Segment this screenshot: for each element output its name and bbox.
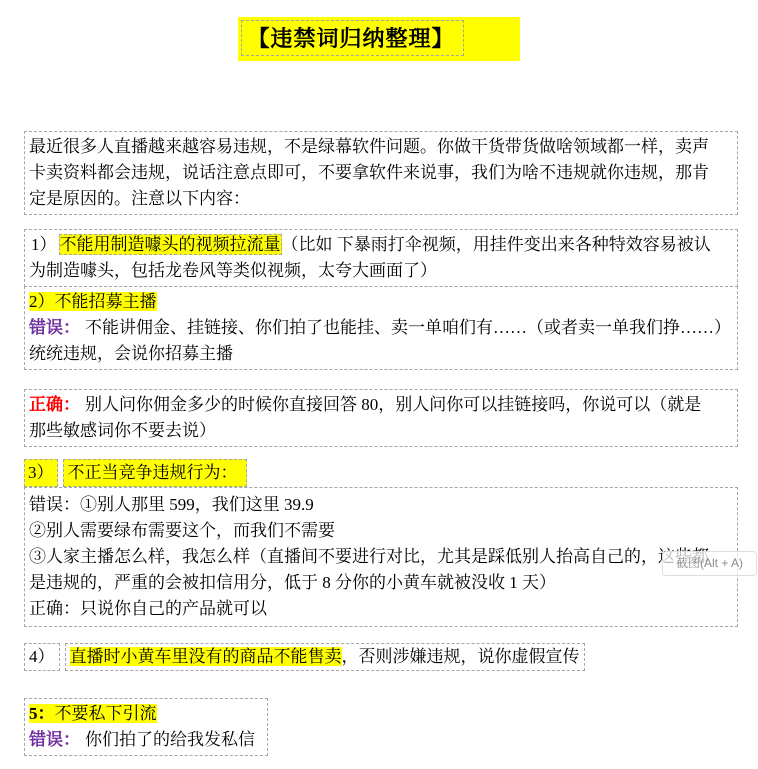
page-title: 【违禁词归纳整理】 — [241, 20, 463, 56]
title-row: 【违禁词归纳整理】 — [0, 17, 758, 61]
intro-line: 最近很多人直播越来越容易违规，不是绿幕软件问题。你做干货带货做啥领域都一样，卖声 — [29, 134, 733, 160]
correct-label: 正确： — [29, 395, 80, 414]
section-5-error-text: 你们拍了的给我发私信 — [85, 730, 255, 749]
section-2-box: 2）不能招募主播 错误：不能讲佣金、挂链接、你们拍了也能挂、卖一单咱们有……（或… — [24, 286, 738, 370]
section-2-error-text: 不能讲佣金、挂链接、你们拍了也能挂、卖一单咱们有……（或者卖一单我们挣……） — [85, 318, 731, 337]
intro-paragraph: 最近很多人直播越来越容易违规，不是绿幕软件问题。你做干货带货做啥领域都一样，卖声… — [24, 131, 738, 215]
section-3-heading-row: 3）不正当竞争违规行为： — [24, 459, 247, 487]
correct-line-1: 正确：别人问你佣金多少的时候你直接回答 80，别人问你可以挂链接吗，你说可以（就… — [29, 392, 733, 418]
section-1-highlight: 不能用制造噱头的视频拉流量 — [59, 234, 282, 255]
correct-box: 正确：别人问你佣金多少的时候你直接回答 80，别人问你可以挂链接吗，你说可以（就… — [24, 389, 738, 447]
section-3-line: ③人家主播怎么样，我怎么样（直播间不要进行对比，尤其是踩低别人抬高自己的，这些都 — [29, 544, 733, 570]
section-3-line: 是违规的，严重的会被扣信用分，低于 8 分你的小黄车就被没收 1 天） — [29, 570, 733, 596]
section-2-error-line-1: 错误：不能讲佣金、挂链接、你们拍了也能挂、卖一单咱们有……（或者卖一单我们挣……… — [29, 315, 733, 341]
section-3-line: 错误：①别人那里 599，我们这里 39.9 — [29, 492, 733, 518]
section-3-line: 正确：只说你自己的产品就可以 — [29, 596, 733, 622]
section-4-text: ，否则涉嫌违规，说你虚假宣传 — [342, 647, 580, 666]
section-5-heading: 5：不要私下引流 — [29, 704, 157, 723]
section-5-heading-line: 5：不要私下引流 — [29, 701, 255, 727]
screenshot-tooltip: 截图(Alt + A) — [662, 551, 757, 576]
intro-line: 卡卖资料都会违规，说话注意点即可，不要拿软件来说事，我们为啥不违规就你违规，那肯 — [29, 160, 733, 186]
section-1-line-2: 为制造噱头，包括龙卷风等类似视频，太夸大画面了） — [29, 258, 733, 284]
section-1-line-1: 1）不能用制造噱头的视频拉流量（比如 下暴雨打伞视频，用挂件变出来各种特效容易被… — [29, 232, 733, 258]
section-4-content: 直播时小黄车里没有的商品不能售卖，否则涉嫌违规，说你虚假宣传 — [65, 643, 585, 671]
section-1-text: （比如 下暴雨打伞视频，用挂件变出来各种特效容易被认 — [282, 235, 711, 254]
section-3-box: 错误：①别人那里 599，我们这里 39.9 ②别人需要绿布需要这个，而我们不需… — [24, 487, 738, 627]
correct-line-2: 那些敏感词你不要去说） — [29, 418, 733, 444]
intro-line: 定是原因的。注意以下内容： — [29, 186, 733, 212]
section-5-heading-text: 不要私下引流 — [55, 704, 157, 723]
section-2-heading: 2）不能招募主播 — [29, 292, 157, 311]
title-highlight: 【违禁词归纳整理】 — [238, 17, 519, 61]
error-label: 错误： — [29, 318, 80, 337]
section-2-error-line-2: 统统违规，会说你招募主播 — [29, 341, 733, 367]
section-3-heading: 不正当竞争违规行为： — [63, 459, 247, 487]
section-2-heading-line: 2）不能招募主播 — [29, 289, 733, 315]
section-1-number: 1） — [29, 232, 59, 258]
section-5-box: 5：不要私下引流 错误：你们拍了的给我发私信 — [24, 698, 268, 756]
section-4-highlight: 直播时小黄车里没有的商品不能售卖 — [70, 647, 342, 666]
section-5-number: 5： — [29, 704, 55, 723]
section-1-paragraph: 1）不能用制造噱头的视频拉流量（比如 下暴雨打伞视频，用挂件变出来各种特效容易被… — [24, 229, 738, 287]
section-3-number: 3） — [24, 459, 58, 487]
section-3-line: ②别人需要绿布需要这个，而我们不需要 — [29, 518, 733, 544]
section-4-paragraph: 4）直播时小黄车里没有的商品不能售卖，否则涉嫌违规，说你虚假宣传 — [24, 643, 585, 673]
section-4-number: 4） — [24, 643, 60, 671]
section-5-error-line: 错误：你们拍了的给我发私信 — [29, 727, 255, 753]
error-label: 错误： — [29, 730, 80, 749]
document-page: 【违禁词归纳整理】 最近很多人直播越来越容易违规，不是绿幕软件问题。你做干货带货… — [0, 0, 758, 769]
correct-text: 别人问你佣金多少的时候你直接回答 80，别人问你可以挂链接吗，你说可以（就是 — [85, 395, 701, 414]
